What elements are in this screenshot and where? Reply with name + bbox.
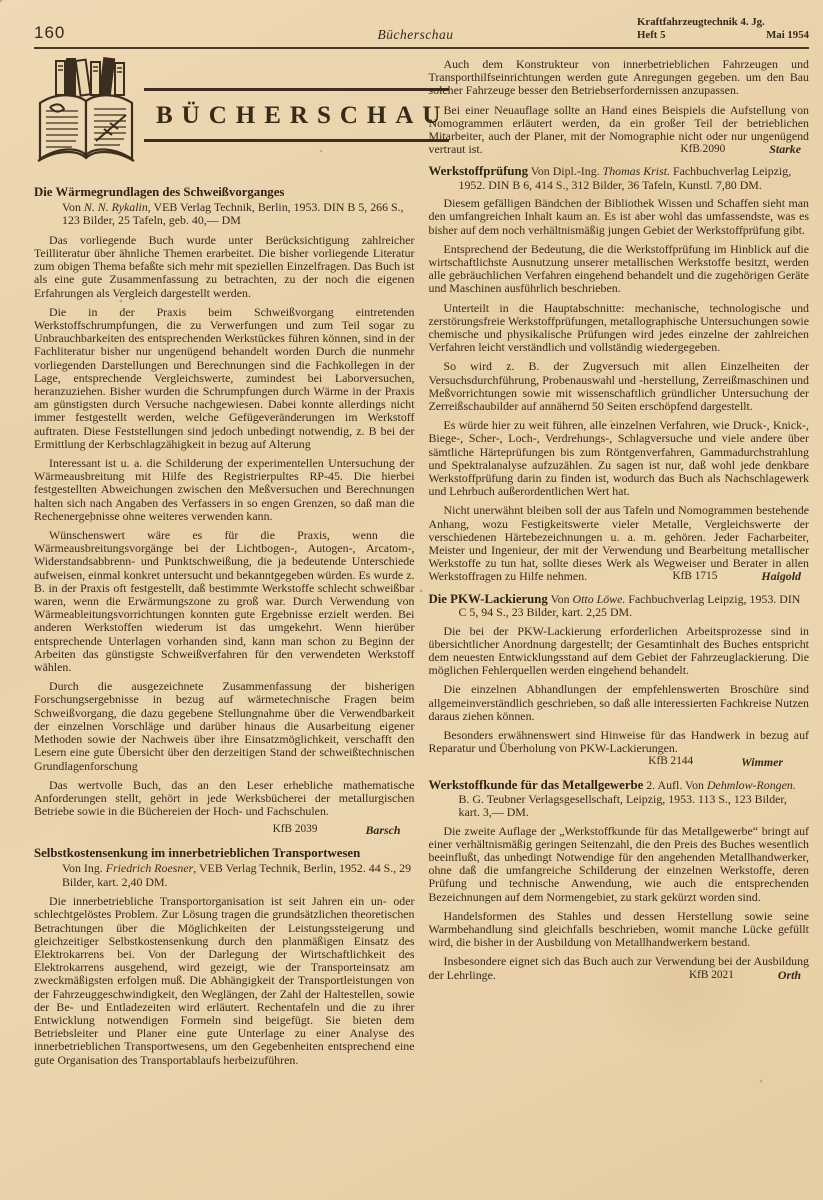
author-name: N. N. Rykalin [84,200,148,214]
review-selbstkostensenkung-continued: Auch dem Konstrukteur von innerbetriebli… [429,58,810,156]
paper-specks [0,0,2,2]
review-signature: KfB 2039 Barsch [34,823,415,838]
biblio-prefix: Von Ing. [62,861,106,875]
review-werkstoffkunde: Werkstoffkunde für das Metallgewerbe 2. … [429,779,810,981]
review-paragraph: Insbesondere eignet sich das Buch auch z… [429,955,810,981]
author-name: Otto Löwe. [573,592,626,606]
review-paragraph: Auch dem Konstrukteur von innerbetriebli… [429,58,810,98]
review-paragraph: Die zweite Auflage der „Werkstoffkunde f… [429,825,810,904]
journal-name: Kraftfahrzeugtechnik 4. Jg. [637,16,809,29]
review-title: Die Wärmegrundlagen des Schweißvorganges [34,185,415,200]
review-title: Die PKW-Lackierung [429,592,548,606]
author-name: Thomas Krist. [603,164,670,178]
reviewer-name: Orth [778,969,801,982]
review-paragraph: Besonders erwähnenswert sind Hinweise fü… [429,729,810,755]
review-paragraph: Durch die ausgezeichnete Zusammenfassung… [34,680,415,772]
issue-date: Mai 1954 [766,29,809,42]
biblio-details: B. G. Teubner Verlagsgesellschaft, Leipz… [459,792,787,819]
review-heading: Werkstoffprüfung Von Dipl.-Ing. Thomas K… [429,165,810,192]
page-header: 160 Bücherschau Kraftfahrzeugtechnik 4. … [34,16,809,49]
journal-page: 160 Bücherschau Kraftfahrzeugtechnik 4. … [0,0,823,1200]
author-name: Friedrich Roesner [106,861,194,875]
journal-info: Kraftfahrzeugtechnik 4. Jg. Heft 5 Mai 1… [637,16,809,43]
kfb-code: KfB 2021 [689,969,734,982]
review-paragraph: Die einzelnen Abhandlungen der empfehlen… [429,683,810,723]
review-paragraph: Es würde hier zu weit führen, alle einze… [429,419,810,498]
review-paragraph: So wird z. B. der Zugversuch mit allen E… [429,360,810,413]
review-paragraph: Die in der Praxis beim Schweißvorgang ei… [34,306,415,451]
review-heading: Werkstoffkunde für das Metallgewerbe 2. … [429,779,810,819]
review-paragraph: Das wertvolle Buch, das an den Leser erh… [34,779,415,819]
review-paragraph: Die bei der PKW-Lackierung erforderliche… [429,625,810,678]
review-werkstoffpruefung: Werkstoffprüfung Von Dipl.-Ing. Thomas K… [429,165,810,583]
review-bibliography: Von N. N. Rykalin, VEB Verlag Technik, B… [62,201,415,228]
review-paragraph: Wünschenswert wäre es für die Praxis, we… [34,529,415,674]
review-signature: KfB 2021Orth [689,969,801,982]
reviewer-name: Wimmer [741,755,783,770]
author-name: Dehmlow-Rongen. [707,778,796,792]
review-heading: Die PKW-Lackierung Von Otto Löwe. Fachbu… [429,593,810,620]
review-paragraph: Nicht unerwähnt bleiben soll der aus Taf… [429,504,810,583]
review-paragraph: Diesem gefälligen Bändchen der Bibliothe… [429,197,810,237]
review-signature: KfB 2090Starke [680,143,801,156]
reviewer-name: Starke [769,143,801,156]
section-banner: BÜCHERSCHAU [34,57,415,173]
review-paragraph: Entsprechend der Bedeutung, die die Werk… [429,243,810,296]
review-waermegrundlagen: Die Wärmegrundlagen des Schweißvorganges… [34,185,415,838]
reviewer-name: Barsch [365,823,400,838]
section-title: BÜCHERSCHAU [144,88,449,142]
review-signature: KfB 2144 Wimmer [429,755,810,770]
review-title: Werkstoffkunde für das Metallgewerbe [429,778,644,792]
reviewer-name: Haigold [761,570,801,583]
review-paragraph: Die innerbetriebliche Transportorganisat… [34,895,415,1067]
review-title: Selbstkostensenkung im innerbetriebliche… [34,846,415,861]
biblio-prefix: Von [62,200,84,214]
kfb-code: KfB 2039 [273,823,318,838]
review-paragraph: Interessant ist u. a. die Schilderung de… [34,457,415,523]
review-pkw-lackierung: Die PKW-Lackierung Von Otto Löwe. Fachbu… [429,593,810,771]
review-title: Werkstoffprüfung [429,164,529,178]
biblio-prefix: Von Dipl.-Ing. [528,164,603,178]
biblio-prefix: 2. Aufl. Von [643,778,707,792]
biblio-prefix: Von [548,592,573,606]
kfb-code: KfB 1715 [672,570,717,583]
review-selbstkostensenkung: Selbstkostensenkung im innerbetriebliche… [34,846,415,1066]
review-signature: KfB 1715Haigold [672,570,801,583]
running-title: Bücherschau [174,27,657,43]
review-paragraph: Unterteilt in die Hauptabschnitte: mecha… [429,302,810,355]
kfb-code: KfB 2090 [680,143,725,156]
review-paragraph: Das vorliegende Buch wurde unter Berücks… [34,234,415,300]
review-paragraph: Bei einer Neuauflage sollte an Hand eine… [429,104,810,157]
kfb-code: KfB 2144 [648,755,693,770]
page-number: 160 [34,23,154,43]
books-illustration [34,57,138,173]
review-bibliography: Von Ing. Friedrich Roesner, VEB Verlag T… [62,862,415,889]
right-column: Auch dem Konstrukteur von innerbetriebli… [429,53,810,1073]
left-column: BÜCHERSCHAU Die Wärmegrundlagen des Schw… [34,53,415,1073]
review-paragraph: Handelsformen des Stahles und dessen Her… [429,910,810,950]
